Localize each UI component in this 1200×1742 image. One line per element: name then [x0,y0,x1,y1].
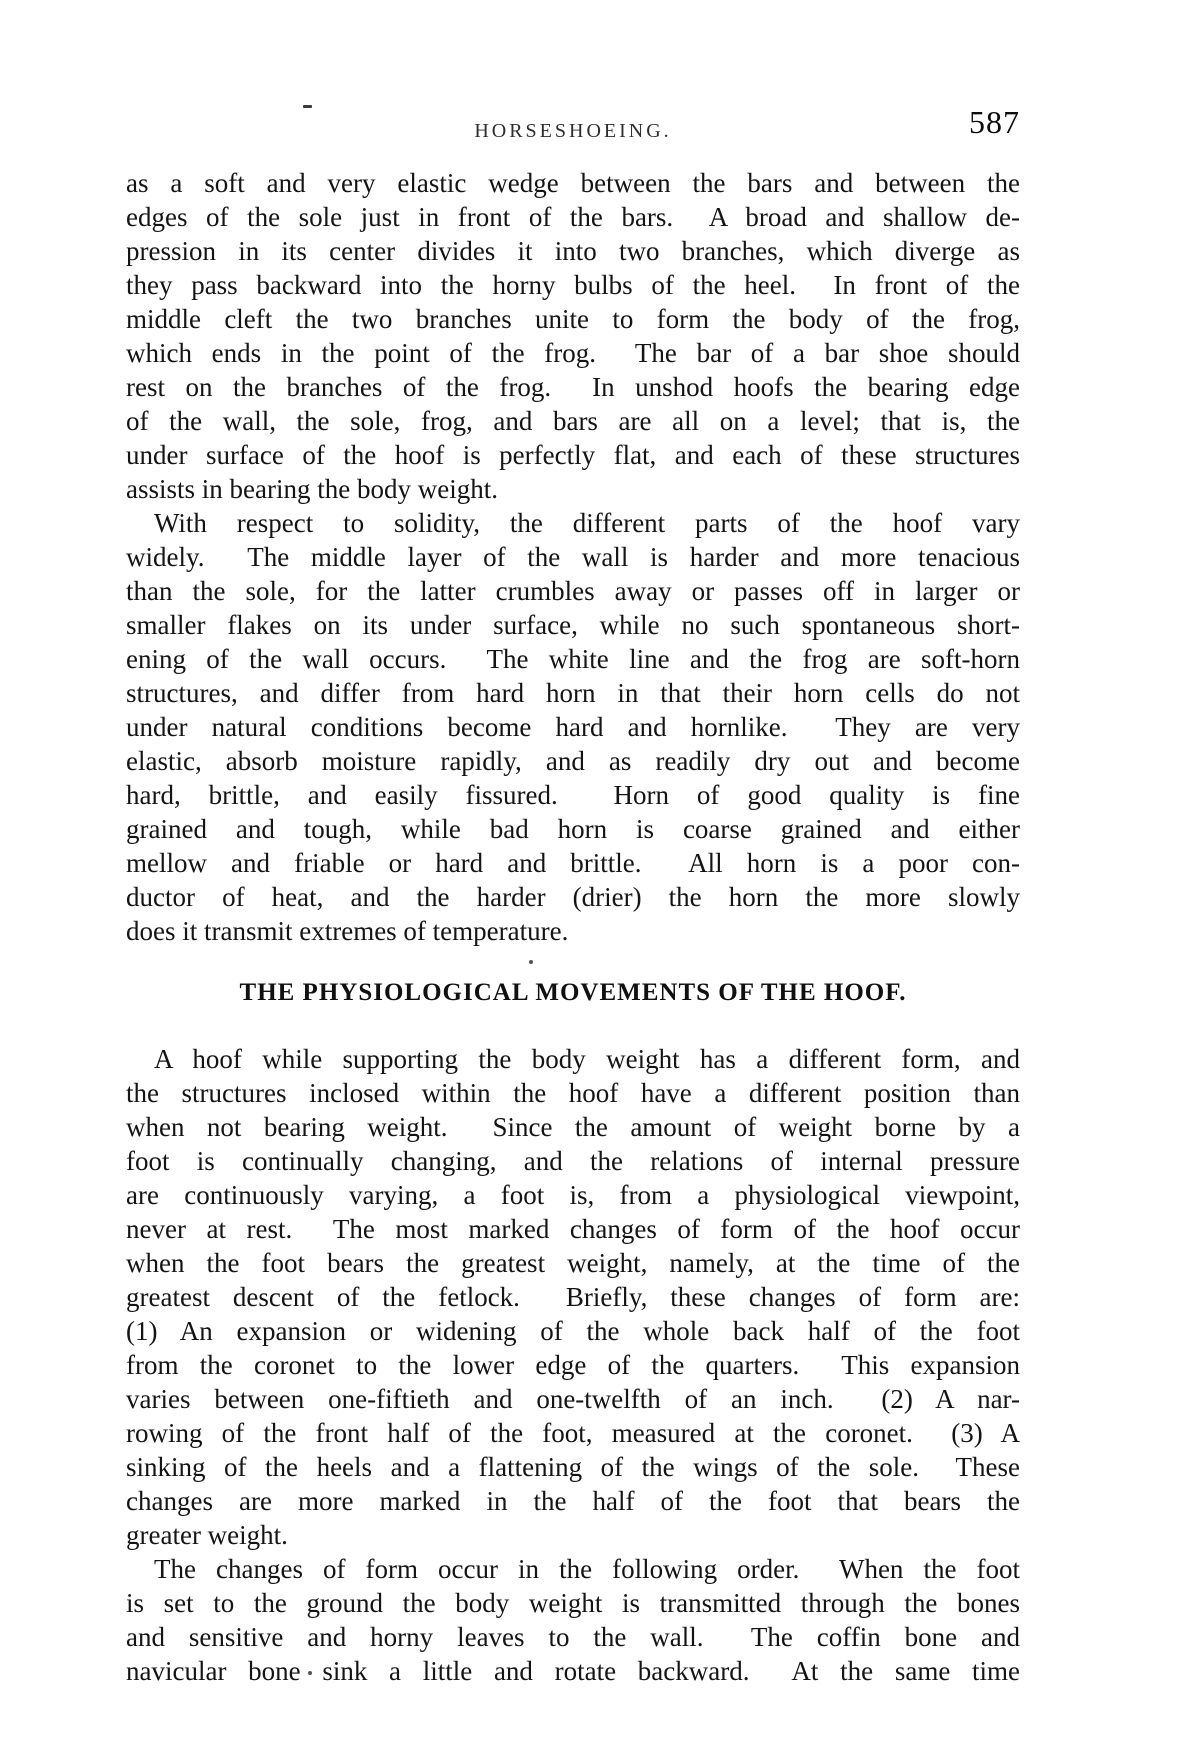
text-line: rest on the branches of the frog. In uns… [126,370,1020,404]
text-line: smaller flakes on its under surface, whi… [126,608,1020,642]
text-line: greater weight. [126,1518,1020,1552]
text-line: under natural conditions become hard and… [126,710,1020,744]
text-line: which ends in the point of the frog. The… [126,336,1020,370]
text-line: does it transmit extremes of temperature… [126,914,1020,948]
text-line: when not bearing weight. Since the amoun… [126,1110,1020,1144]
scan-speck [303,105,312,108]
scan-speck [529,960,533,964]
text-line: rowing of the front half of the foot, me… [126,1416,1020,1450]
text-line: is set to the ground the body weight is … [126,1586,1020,1620]
text-line: ening of the wall occurs. The white line… [126,642,1020,676]
text-line: of the wall, the sole, frog, and bars ar… [126,404,1020,438]
text-line: assists in bearing the body weight. [126,472,1020,506]
text-line: (1) An expansion or widening of the whol… [126,1314,1020,1348]
page-body: as a soft and very elastic wedge between… [126,166,1020,1688]
text-line: sinking of the heels and a flattening of… [126,1450,1020,1484]
text-line: they pass backward into the horny bulbs … [126,268,1020,302]
text-line: grained and tough, while bad horn is coa… [126,812,1020,846]
text-line: ductor of heat, and the harder (drier) t… [126,880,1020,914]
text-line: pression in its center divides it into t… [126,234,1020,268]
text-line: elastic, absorb moisture rapidly, and as… [126,744,1020,778]
text-line: varies between one-fiftieth and one-twel… [126,1382,1020,1416]
text-line: edges of the sole just in front of the b… [126,200,1020,234]
text-line: changes are more marked in the half of t… [126,1484,1020,1518]
text-line: foot is continually changing, and the re… [126,1144,1020,1178]
paragraph: A hoof while supporting the body weight … [126,1042,1020,1552]
text-line: mellow and friable or hard and brittle. … [126,846,1020,880]
text-line: navicular bone sink a little and rotate … [126,1654,1020,1688]
paragraph: as a soft and very elastic wedge between… [126,166,1020,506]
text-line: from the coronet to the lower edge of th… [126,1348,1020,1382]
scan-speck [308,1671,312,1675]
text-line: middle cleft the two branches unite to f… [126,302,1020,336]
book-page: HORSESHOEING. 587 as a soft and very ela… [0,0,1200,1742]
section-heading: THE PHYSIOLOGICAL MOVEMENTS OF THE HOOF. [126,978,1020,1008]
text-line: A hoof while supporting the body weight … [126,1042,1020,1076]
text-line: as a soft and very elastic wedge between… [126,166,1020,200]
text-line: the structures inclosed within the hoof … [126,1076,1020,1110]
running-head-title: HORSESHOEING. [474,120,671,143]
paragraph: With respect to solidity, the different … [126,506,1020,948]
text-line: greatest descent of the fetlock. Briefly… [126,1280,1020,1314]
text-line: structures, and differ from hard horn in… [126,676,1020,710]
text-line: under surface of the hoof is perfectly f… [126,438,1020,472]
text-line: than the sole, for the latter crumbles a… [126,574,1020,608]
text-line: The changes of form occur in the followi… [126,1552,1020,1586]
text-line: and sensitive and horny leaves to the wa… [126,1620,1020,1654]
text-line: are continuously varying, a foot is, fro… [126,1178,1020,1212]
text-line: With respect to solidity, the different … [126,506,1020,540]
paragraph: The changes of form occur in the followi… [126,1552,1020,1688]
text-line: never at rest. The most marked changes o… [126,1212,1020,1246]
running-head: HORSESHOEING. 587 [126,120,1020,143]
text-line: when the foot bears the greatest weight,… [126,1246,1020,1280]
page-number: 587 [969,104,1020,141]
text-line: hard, brittle, and easily fissured. Horn… [126,778,1020,812]
text-line: widely. The middle layer of the wall is … [126,540,1020,574]
